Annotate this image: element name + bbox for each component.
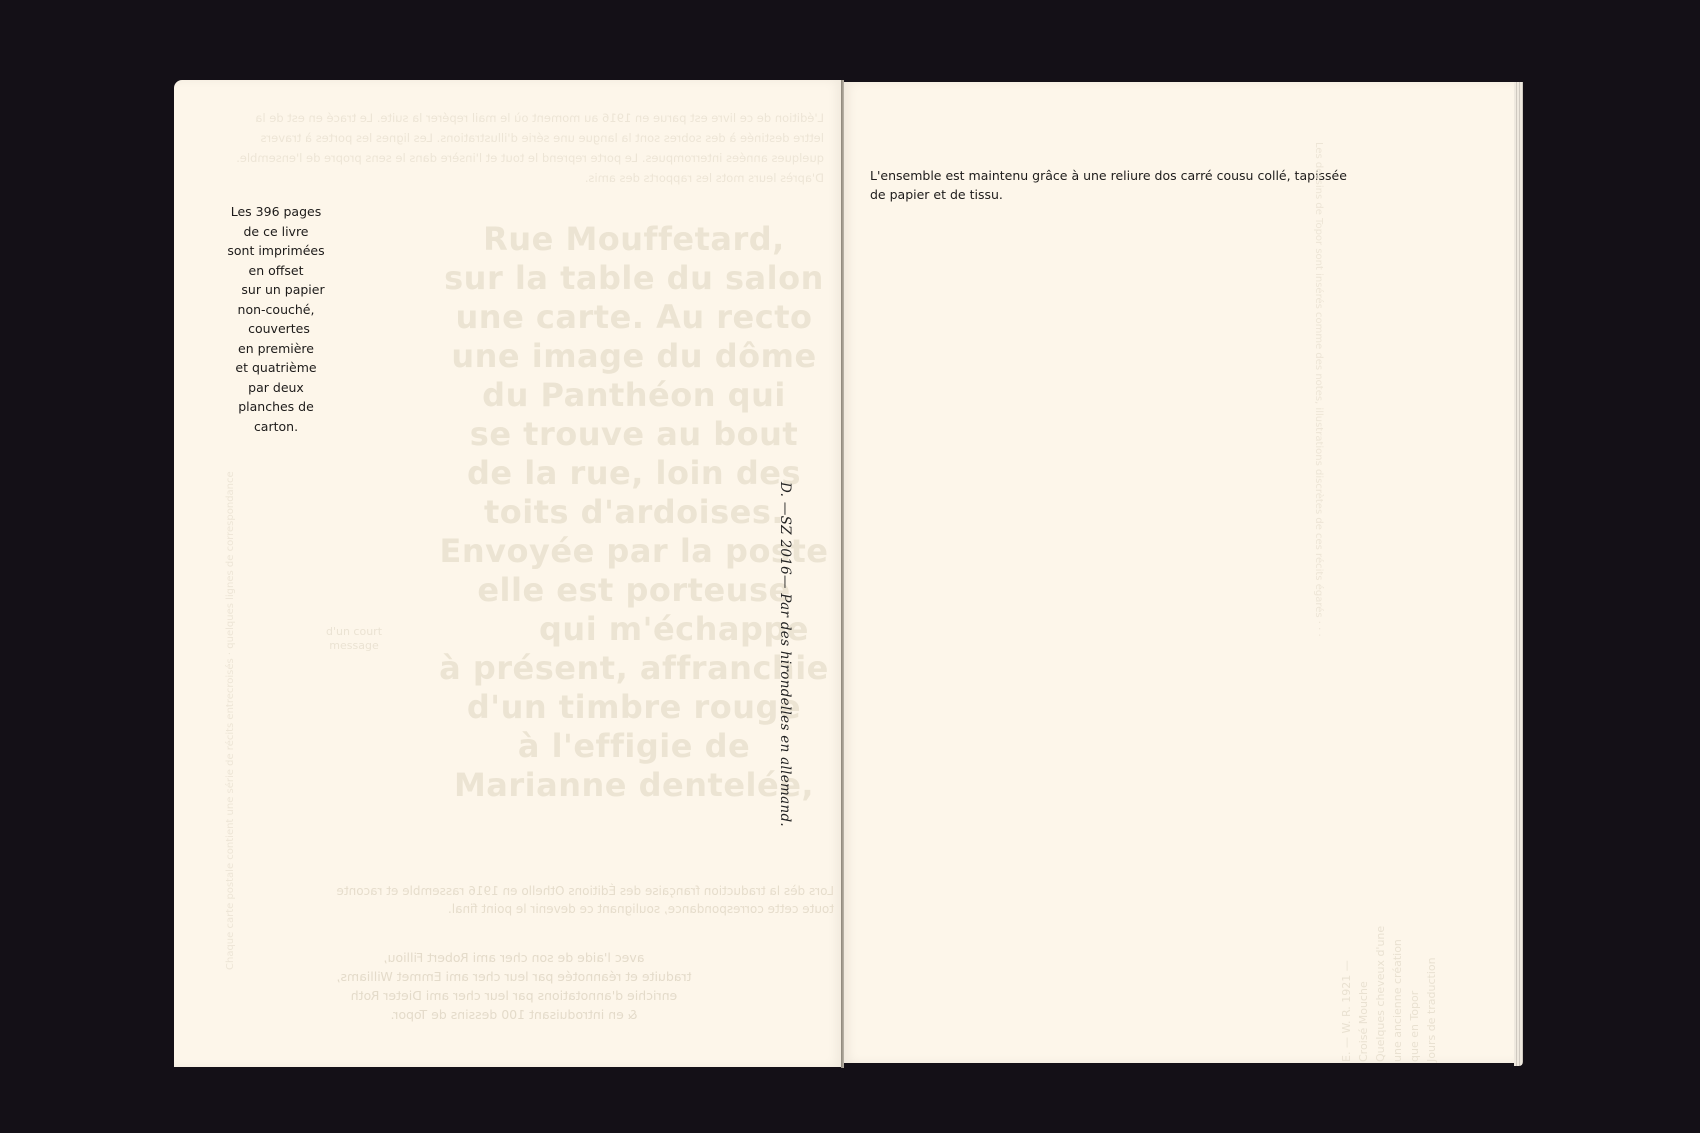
vertical-caption: D. —SZ 2016— Par des hirondelles en alle… — [777, 482, 793, 827]
right-page: L'ensemble est maintenu grâce à une reli… — [843, 82, 1516, 1063]
book-spine — [841, 80, 844, 1068]
left-page: L'édition de ce livre est parue en 1916 … — [174, 80, 842, 1067]
show-through-block: E. — W. R. 1921 — Croisé Mouche Quelques… — [1338, 872, 1440, 1062]
colophon-text-right: L'ensemble est maintenu grâce à une reli… — [870, 166, 1390, 204]
show-through-credits: avec l'aide de son cher ami Robert Filli… — [284, 948, 744, 1024]
colophon-text-left: Les 396 pages de ce livre sont imprimées… — [214, 202, 338, 436]
show-through-footer: Lors dès la traduction française des Édi… — [214, 882, 834, 918]
page-block-edges — [1514, 82, 1523, 1066]
show-through-aside: d'un court message — [324, 625, 384, 653]
book-spread: L'édition de ce livre est parue en 1916 … — [0, 0, 1700, 1133]
show-through-vertical-notes: Chaque carte postale contient une série … — [222, 350, 240, 970]
show-through-poem: Rue Mouffetard, sur la table du salon un… — [334, 220, 842, 805]
show-through-paragraph: L'édition de ce livre est parue en 1916 … — [224, 108, 824, 188]
show-through-vertical-line: Les dessins de Topor sont insérés comme … — [1313, 142, 1324, 637]
